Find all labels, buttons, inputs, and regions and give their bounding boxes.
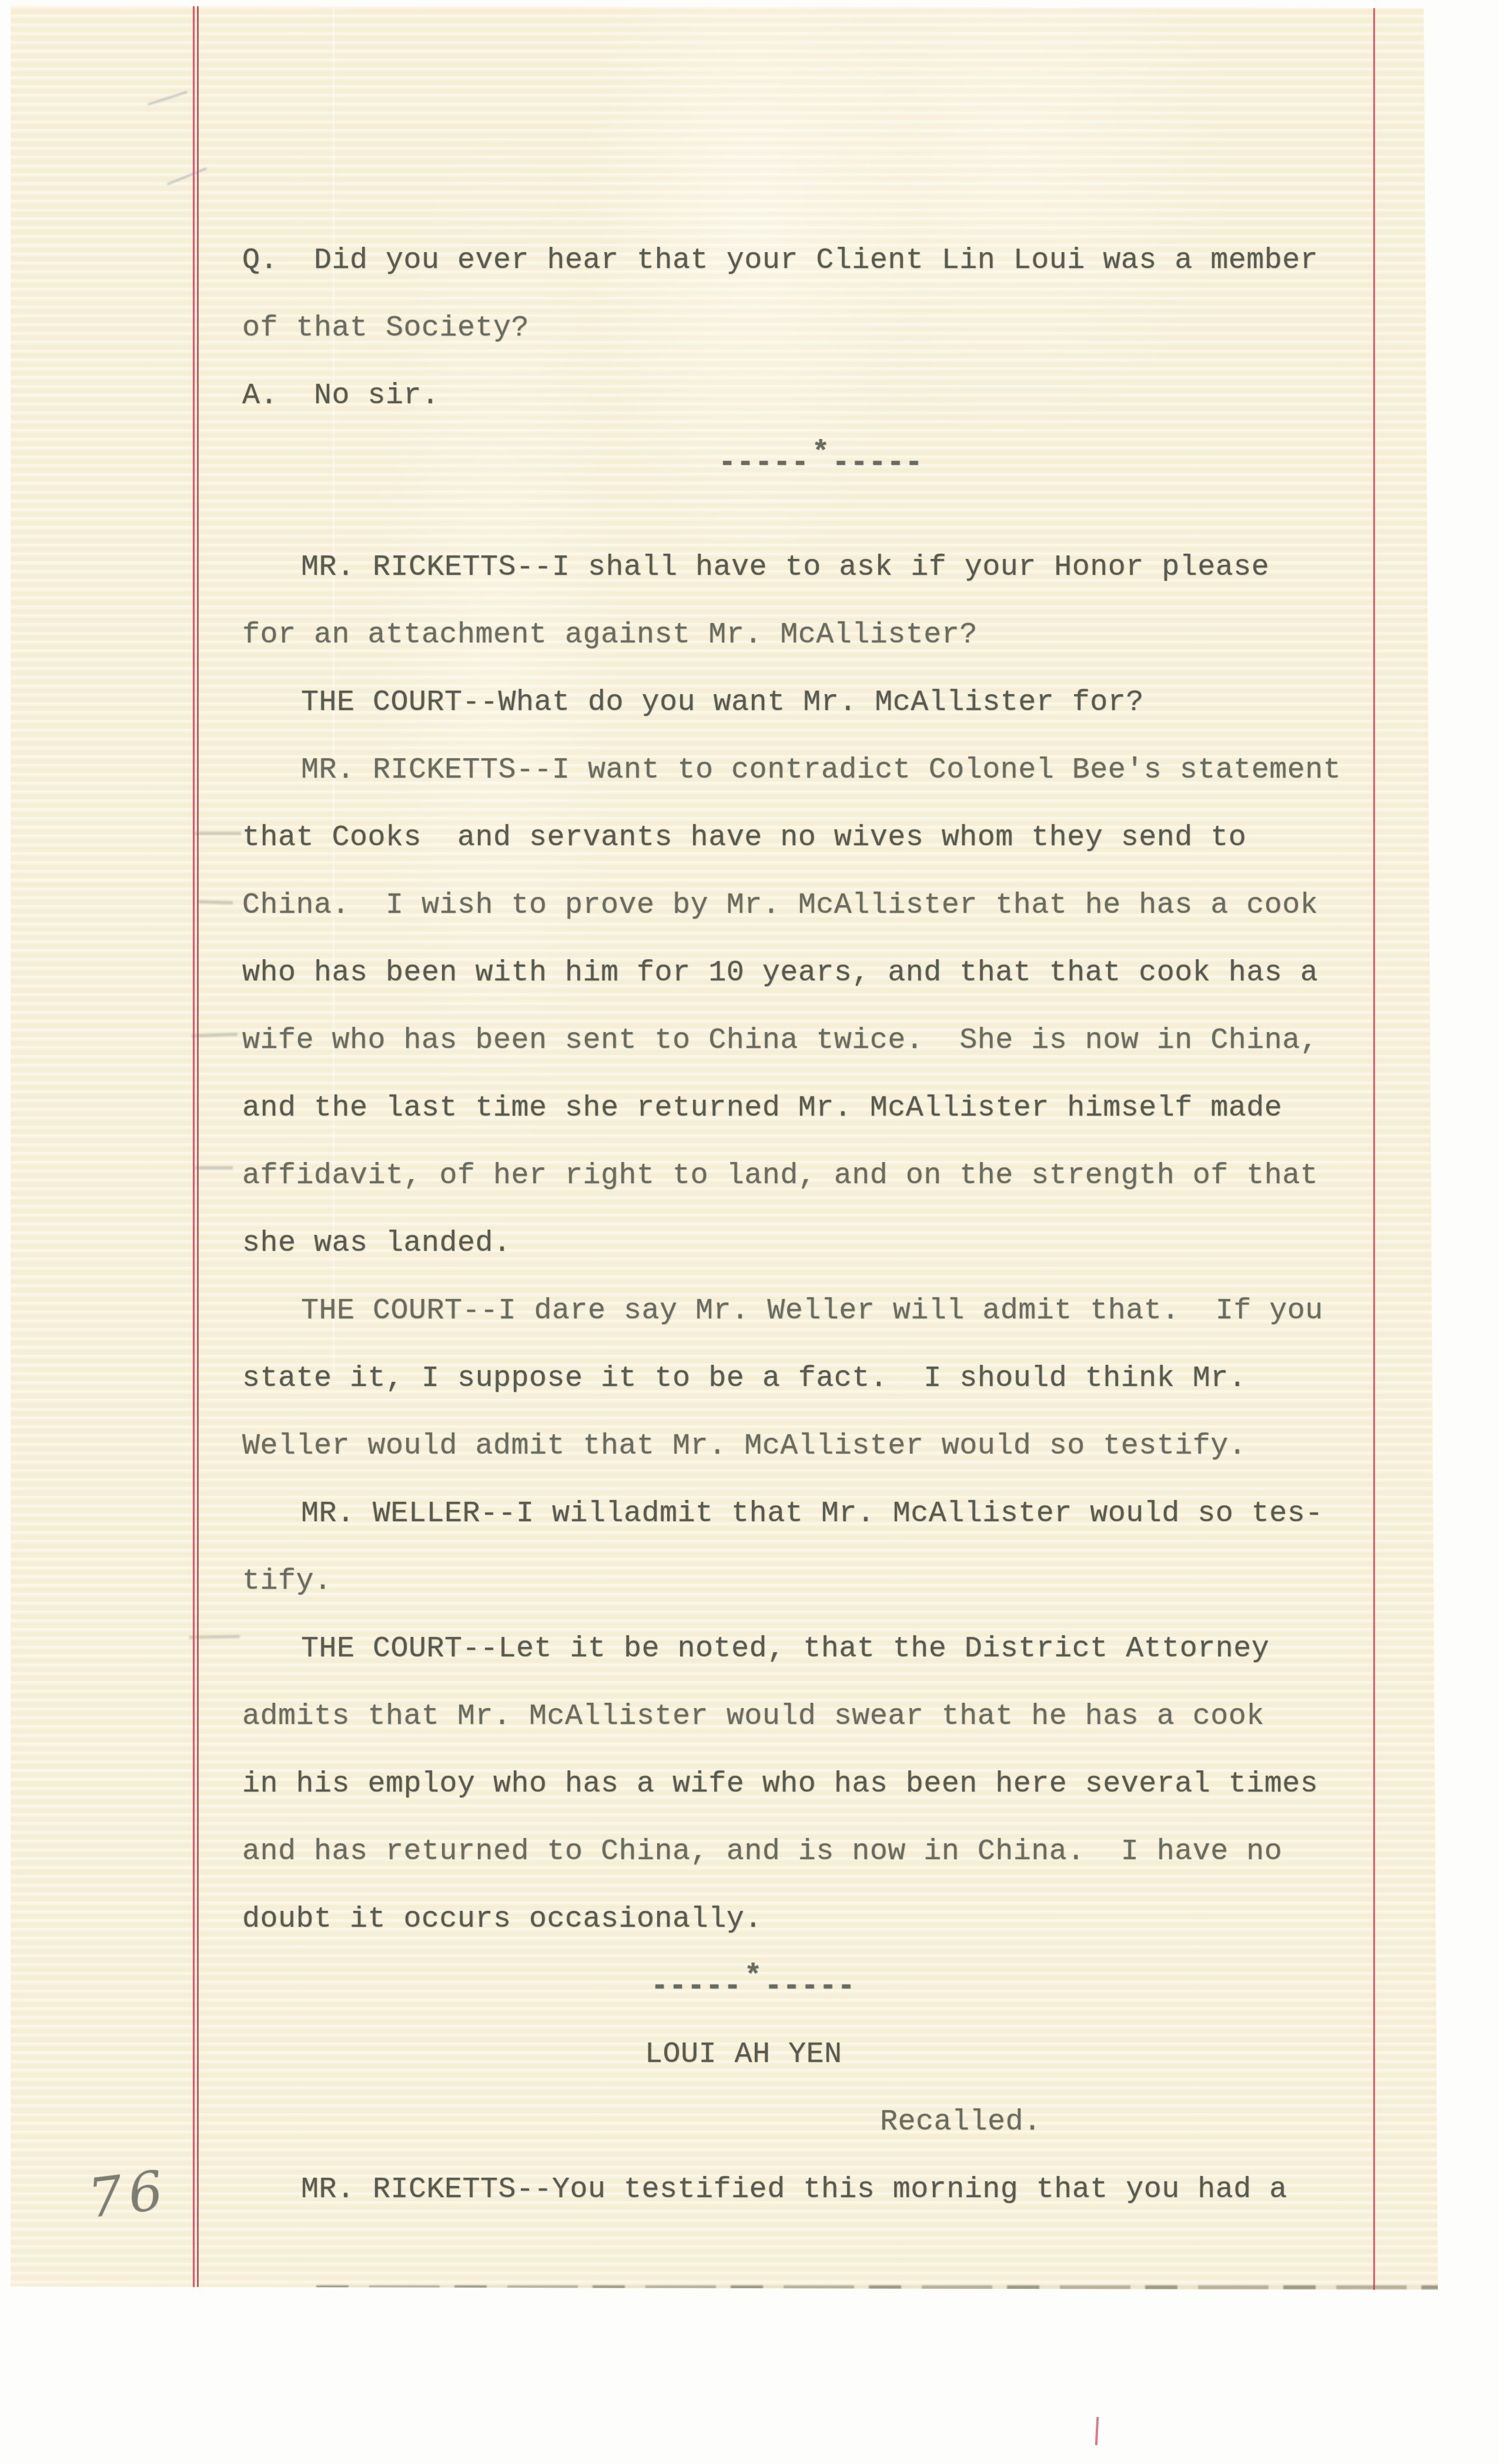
typed-line: doubt it occurs occasionally. (242, 1886, 1365, 1953)
typed-line: affidavit, of her right to land, and on … (242, 1142, 1365, 1210)
left-margin-rule (193, 6, 199, 2290)
typed-separator: -----*----- (242, 1953, 1365, 2021)
paper-bottom-edge-shadow (316, 2285, 1440, 2289)
typed-line: Q. Did you ever hear that your Client Li… (242, 227, 1365, 294)
typed-line: THE COURT--What do you want Mr. McAllist… (242, 669, 1365, 736)
scanned-transcript-page: { "page": { "handwritten_number": "76" }… (0, 0, 1499, 2464)
typed-line: MR. RICKETTS--I shall have to ask if you… (242, 534, 1365, 601)
typed-line: THE COURT--Let it be noted, that the Dis… (242, 1615, 1365, 1683)
typed-line: in his employ who has a wife who has bee… (242, 1750, 1365, 1818)
typed-line: MR. RICKETTS--You testified this morning… (242, 2156, 1365, 2224)
typed-line: of that Society? (242, 294, 1365, 362)
typed-line: LOUI AH YEN (242, 2021, 1365, 2088)
typed-line: she was landed. (242, 1210, 1365, 1277)
margin-smudge (194, 832, 241, 835)
typed-line: and has returned to China, and is now in… (242, 1818, 1365, 1886)
typed-line: MR. RICKETTS--I want to contradict Colon… (242, 736, 1365, 804)
typed-line: China. I wish to prove by Mr. McAllister… (242, 872, 1365, 939)
right-margin-rule (1373, 6, 1375, 2290)
typed-line: wife who has been sent to China twice. S… (242, 1007, 1365, 1074)
typed-line: Recalled. (242, 2088, 1365, 2156)
typed-line: and the last time she returned Mr. McAll… (242, 1074, 1365, 1142)
typed-line: MR. WELLER--I willadmit that Mr. McAllis… (242, 1480, 1365, 1548)
typed-line: THE COURT--I dare say Mr. Weller will ad… (242, 1277, 1365, 1345)
typed-line: admits that Mr. McAllister would swear t… (242, 1683, 1365, 1750)
typed-line: Weller would admit that Mr. McAllister w… (242, 1412, 1365, 1480)
typed-line: A. No sir. (242, 362, 1365, 430)
typed-line: who has been with him for 10 years, and … (242, 939, 1365, 1007)
typed-line: for an attachment against Mr. McAllister… (242, 601, 1365, 669)
typed-line: tify. (242, 1548, 1365, 1615)
typed-line: that Cooks and servants have no wives wh… (242, 804, 1365, 872)
margin-smudge (195, 1166, 233, 1170)
typed-separator: -----*----- (242, 430, 1365, 497)
typed-line: state it, I suppose it to be a fact. I s… (242, 1345, 1365, 1412)
typed-lines: Q. Did you ever hear that your Client Li… (242, 227, 1365, 2224)
stray-red-mark (1095, 2417, 1099, 2445)
handwritten-page-number: 76 (85, 2158, 172, 2231)
